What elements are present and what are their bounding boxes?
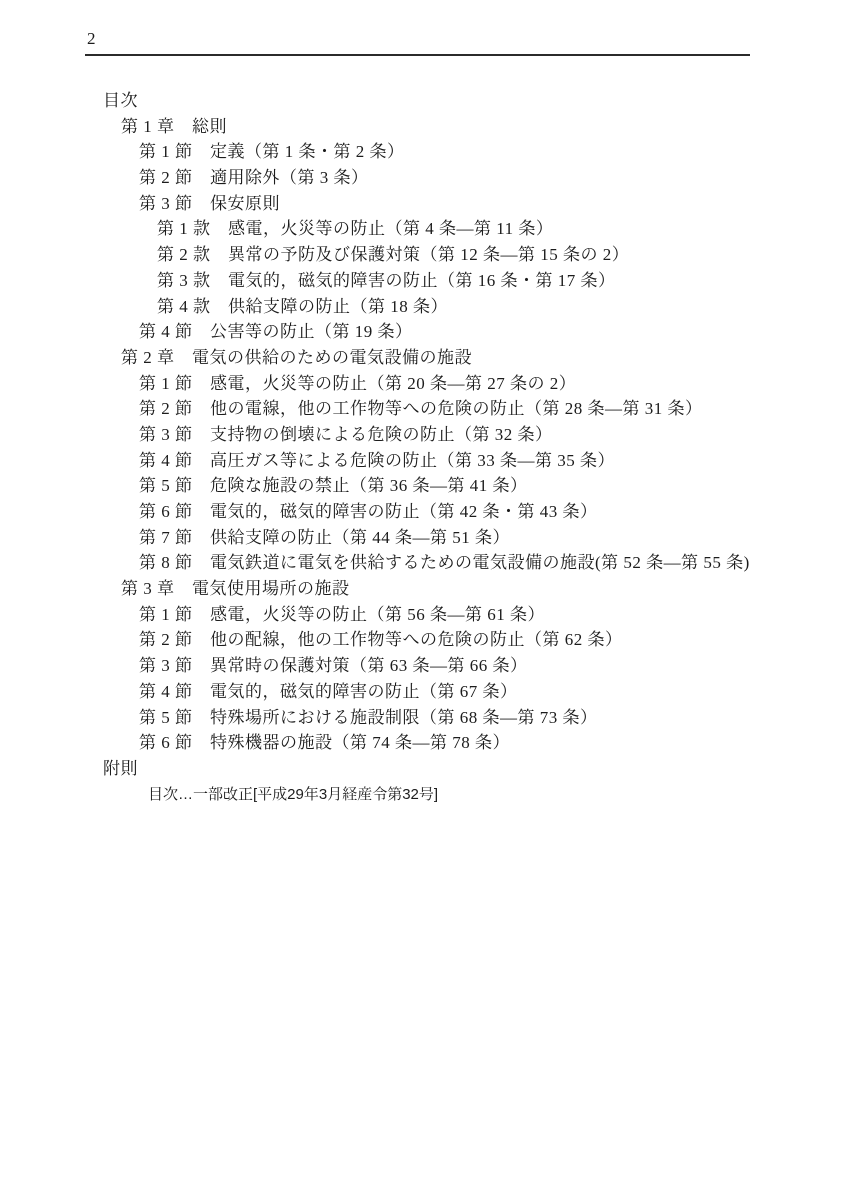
toc-entry: 第 4 節 公害等の防止（第 19 条） <box>139 319 803 345</box>
toc-entry: 第 2 章 電気の供給のための電気設備の施設 <box>121 345 803 371</box>
toc-entry: 第 6 節 電気的，磁気的障害の防止（第 42 条・第 43 条） <box>139 499 803 525</box>
toc-entry: 第 1 節 定義（第 1 条・第 2 条） <box>139 139 803 165</box>
toc-entry: 第 1 章 総則 <box>121 114 803 140</box>
page-header-rule: 2 <box>85 30 750 56</box>
toc-entry: 第 6 節 特殊機器の施設（第 74 条—第 78 条） <box>139 730 803 756</box>
toc-entry: 第 3 章 電気使用場所の施設 <box>121 576 803 602</box>
document-page: 2 目次 第 1 章 総則第 1 節 定義（第 1 条・第 2 条）第 2 節 … <box>0 0 844 1200</box>
table-of-contents: 目次 第 1 章 総則第 1 節 定義（第 1 条・第 2 条）第 2 節 適用… <box>103 88 803 807</box>
amendment-note: 目次…一部改正[平成29年3月経産令第32号] <box>148 782 803 808</box>
toc-entry: 第 3 款 電気的，磁気的障害の防止（第 16 条・第 17 条） <box>157 268 803 294</box>
page-number: 2 <box>85 30 96 48</box>
toc-entry: 第 1 款 感電，火災等の防止（第 4 条—第 11 条） <box>157 216 803 242</box>
toc-entry: 第 1 節 感電，火災等の防止（第 56 条—第 61 条） <box>139 602 803 628</box>
toc-entry: 第 4 款 供給支障の防止（第 18 条） <box>157 294 803 320</box>
toc-entry: 第 2 款 異常の予防及び保護対策（第 12 条—第 15 条の 2） <box>157 242 803 268</box>
toc-entry: 第 5 節 危険な施設の禁止（第 36 条—第 41 条） <box>139 473 803 499</box>
toc-entry: 第 7 節 供給支障の防止（第 44 条—第 51 条） <box>139 525 803 551</box>
toc-entry: 第 5 節 特殊場所における施設制限（第 68 条—第 73 条） <box>139 705 803 731</box>
toc-entry: 第 8 節 電気鉄道に電気を供給するための電気設備の施設(第 52 条—第 55… <box>139 550 803 576</box>
toc-entry: 第 3 節 異常時の保護対策（第 63 条—第 66 条） <box>139 653 803 679</box>
toc-entry: 第 3 節 支持物の倒壊による危険の防止（第 32 条） <box>139 422 803 448</box>
toc-entry: 第 2 節 適用除外（第 3 条） <box>139 165 803 191</box>
toc-entry: 第 4 節 高圧ガス等による危険の防止（第 33 条—第 35 条） <box>139 448 803 474</box>
toc-entry-list: 第 1 章 総則第 1 節 定義（第 1 条・第 2 条）第 2 節 適用除外（… <box>103 114 803 782</box>
toc-entry: 第 2 節 他の配線，他の工作物等への危険の防止（第 62 条） <box>139 627 803 653</box>
toc-entry: 附則 <box>103 756 803 782</box>
toc-entry: 第 4 節 電気的，磁気的障害の防止（第 67 条） <box>139 679 803 705</box>
toc-entry: 第 3 節 保安原則 <box>139 191 803 217</box>
toc-entry: 第 2 節 他の電線，他の工作物等への危険の防止（第 28 条—第 31 条） <box>139 396 803 422</box>
toc-entry: 第 1 節 感電，火災等の防止（第 20 条—第 27 条の 2） <box>139 371 803 397</box>
toc-heading: 目次 <box>103 88 803 114</box>
